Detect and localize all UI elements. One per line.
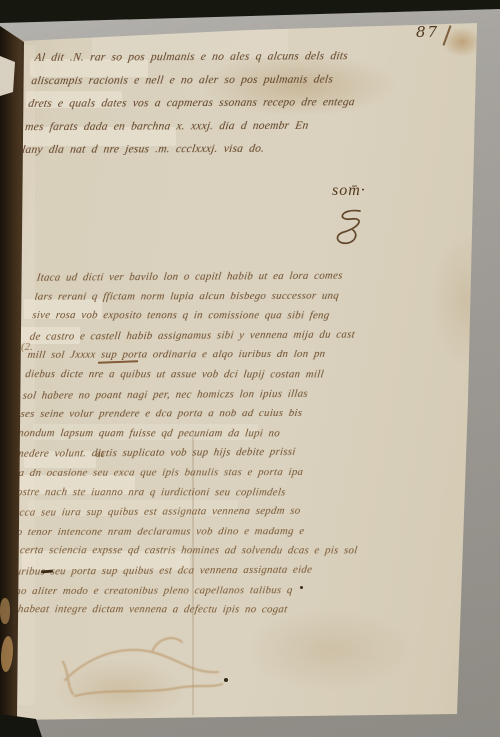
manuscript-line: sol habere no poant nagi per, nec homicz… bbox=[22, 383, 435, 405]
signature-flourish-icon bbox=[328, 206, 374, 250]
manuscript-line: sao tenor intencone nram declaramus vob … bbox=[5, 521, 418, 542]
frayed-leather bbox=[0, 598, 10, 624]
interlinear-insertion-mark: dē bbox=[96, 449, 105, 459]
manuscript-line: drets e quals dates vos a capmeras ssona… bbox=[27, 91, 442, 116]
manuscript-line: nostre nach ste iuanno nra q iurdictioni… bbox=[10, 483, 422, 503]
manuscript-line: Al dit .N. rar so pos pulmanis e no ales… bbox=[33, 45, 448, 70]
main-text-block: Itaca ud dicti ver bavilo lon o capitl h… bbox=[0, 267, 448, 621]
manuscript-line: diebus dicte nre a quibus ut assue vob d… bbox=[24, 365, 436, 385]
manuscript-line: de castro e castell habib assignamus sib… bbox=[29, 325, 442, 347]
manuscript-page: mmmmj 87 Al dit .N. rar so pos pulmanis … bbox=[0, 0, 500, 737]
manuscript-line: lany dla nat d nre jesus .m. ccclxxxj. v… bbox=[20, 137, 435, 162]
manuscript-line: lars rerani q ffictam norm lupia alcun b… bbox=[33, 286, 446, 307]
manuscript-line: sue habeat integre dictam vennena a defe… bbox=[0, 600, 408, 620]
manuscript-line: sive rosa vob exposito tenons q in comis… bbox=[31, 306, 443, 326]
manuscript-line: e iuribus seu porta sup quibus est dca v… bbox=[1, 560, 414, 582]
manuscript-line: mes farats dada en barchna x. xxxj. dia … bbox=[24, 114, 439, 139]
marginal-bracket-mark: (2. bbox=[21, 341, 33, 353]
backdrop-shadow-top bbox=[0, 0, 500, 26]
manuscript-line: sonno aliter modo e creatonibus pleno ca… bbox=[0, 580, 411, 601]
manuscript-line: nondum lapsum quam fuisse qd pecuniam da… bbox=[17, 424, 429, 444]
signature-abbreviation: som̄· bbox=[332, 182, 366, 200]
manuscript-line: medere volunt. dictis suplicato vob sup … bbox=[15, 442, 428, 464]
faint-bird-sketch bbox=[55, 622, 230, 717]
manuscript-line: ea dn ocasione seu exca que ipis banulis… bbox=[12, 463, 425, 484]
ink-dot bbox=[300, 586, 303, 589]
manuscript-line: ses seine volur prendere e dca porta a n… bbox=[19, 404, 432, 425]
summary-text-block: Al dit .N. rar so pos pulmanis e no ales… bbox=[20, 45, 448, 162]
pen-stroke bbox=[442, 25, 451, 45]
manuscript-line: ex certa sciencia expsse qd castris homi… bbox=[3, 541, 415, 561]
manuscript-line: pecca seu iura sup quibus est assignata … bbox=[8, 501, 421, 523]
manuscript-photograph: mmmmj 87 Al dit .N. rar so pos pulmanis … bbox=[0, 0, 500, 737]
folio-number: 87 bbox=[416, 23, 439, 41]
manuscript-line: mill sol Jxxxx sup porta ordinaria e alq… bbox=[26, 345, 439, 366]
manuscript-line: Itaca ud dicti ver bavilo lon o capitl h… bbox=[36, 266, 449, 288]
manuscript-line: aliscampis racionis e nell e no aler so … bbox=[30, 68, 445, 93]
